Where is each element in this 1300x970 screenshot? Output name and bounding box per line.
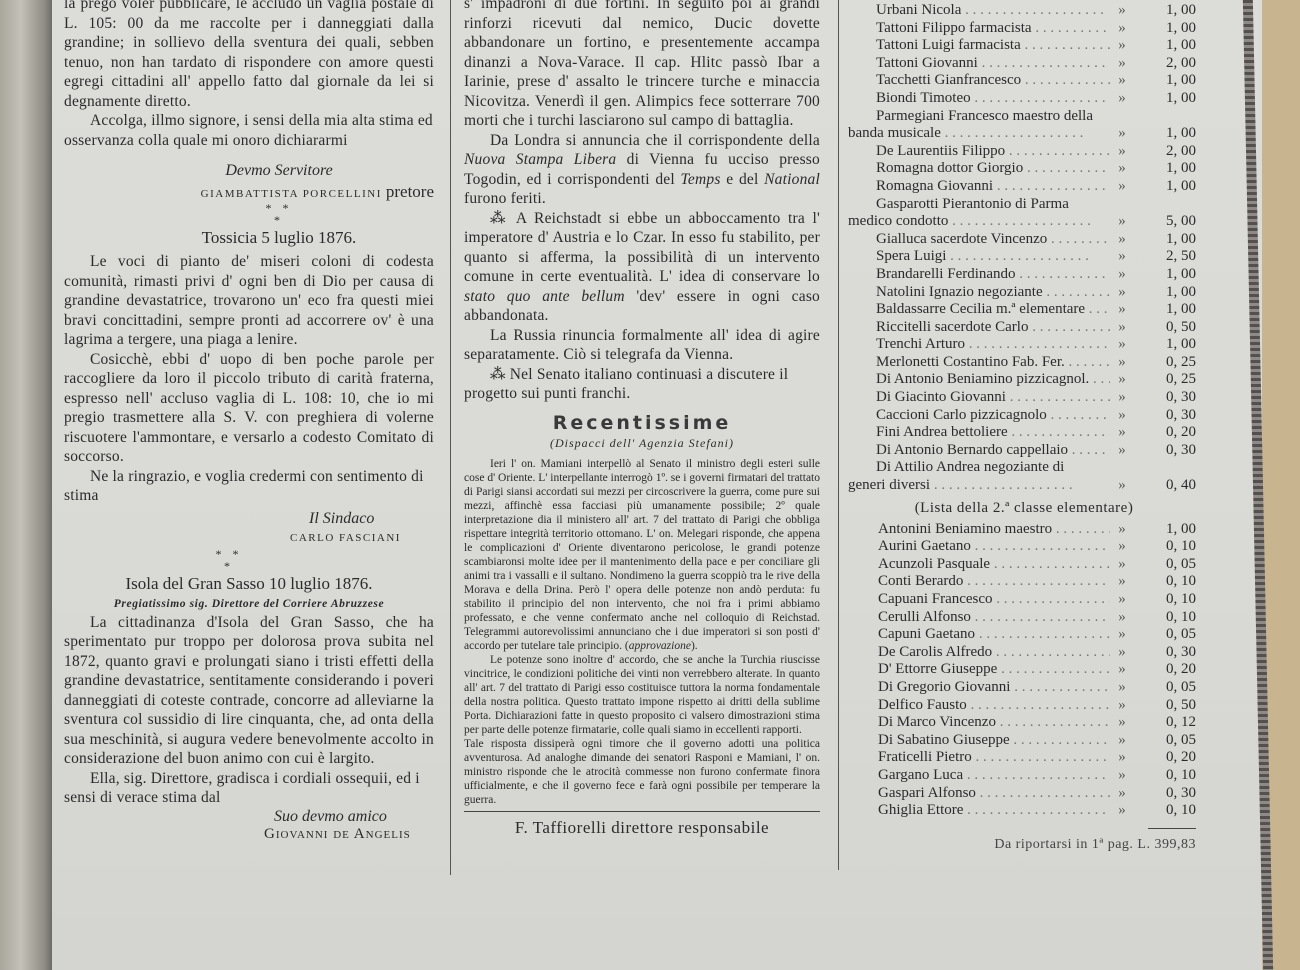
list-item-name: Di Antonio Beniamino pizzicagnol. [848,371,1110,389]
list-item-name: Riccitelli sacerdote Carlo [848,319,1110,337]
list-item-amount: 1, 00 [1134,72,1200,90]
list-item: Di Marco Vincenzo»0, 12 [848,714,1200,732]
subscription-list-2: Antonini Beniamino maestro»1, 00Aurini G… [848,521,1200,820]
list-item: Romagna dottor Giorgio»1, 00 [848,160,1200,178]
list-item-amount: 1, 00 [1134,284,1200,302]
list-item: Urbani Nicola»1, 00 [848,2,1200,20]
list-item-amount: 0, 10 [1134,573,1200,591]
ditto-mark: » [1110,661,1134,679]
ditto-mark: » [1110,125,1134,143]
ditto-mark: » [1110,609,1134,627]
ditto-mark: » [1110,442,1134,460]
list-item-name: Capuani Francesco [848,591,1110,609]
ditto-mark: » [1110,284,1134,302]
list-item-name: Di Marco Vincenzo [848,714,1110,732]
list-item-name: Fraticelli Pietro [848,749,1110,767]
letter3-paragraph-2: Ella, sig. Direttore, gradisca i cordial… [64,769,434,808]
list-item-amount: 0, 10 [1134,802,1200,820]
list-item-amount: 0, 20 [1134,749,1200,767]
list-item-amount: 0, 05 [1134,626,1200,644]
list-item-name: Aurini Gaetano [848,538,1110,556]
list-item-name: Brandarelli Ferdinando [848,266,1110,284]
list-item: Di Sabatino Giuseppe»0, 05 [848,732,1200,750]
list-item: Delfico Fausto»0, 50 [848,697,1200,715]
list-item-amount: 1, 00 [1134,20,1200,38]
list-item-amount: 2, 00 [1134,143,1200,161]
list-item-amount: 0, 30 [1134,644,1200,662]
letter1-signature-role: pretore [386,182,434,201]
ditto-mark: » [1110,2,1134,20]
list-item: Trenchi Arturo»1, 00 [848,336,1200,354]
text-fragment: ). [691,640,698,652]
list-item-name: Romagna Giovanni [848,178,1110,196]
ditto-mark: » [1110,697,1134,715]
list-item-name: Tattoni Giovanni [848,55,1110,73]
list-item-amount: 0, 30 [1134,785,1200,803]
news-paragraph-4: La Russia rinuncia formalmente all' idea… [464,326,820,365]
list-item-name-line1: Gasparotti Pierantonio di Parma [848,196,1200,214]
list-item-amount: 1, 00 [1134,336,1200,354]
list-item-name: Merlonetti Costantino Fab. Fer. [848,354,1110,372]
ditto-mark: » [1110,714,1134,732]
list-item-amount: 0, 25 [1134,354,1200,372]
list-item-amount: 0, 30 [1134,442,1200,460]
list-item: De Carolis Alfredo»0, 30 [848,644,1200,662]
list-item-name: banda musicale [848,125,1110,143]
ditto-mark: » [1110,37,1134,55]
list-item: Di Antonio Bernardo cappellaio»0, 30 [848,442,1200,460]
ditto-mark: » [1110,573,1134,591]
list-item: Baldassarre Cecilia m.ª elementare»1, 00 [848,301,1200,319]
list-item-name: Fini Andrea bettoliere [848,424,1110,442]
list-item-amount: 0, 12 [1134,714,1200,732]
list-item-amount: 5, 00 [1134,213,1200,231]
text-fragment: e del [721,171,765,188]
list-item: Spera Luigi»2, 50 [848,248,1200,266]
ditto-mark: » [1110,20,1134,38]
list-item-name: De Laurentiis Filippo [848,143,1110,161]
list-item-amount: 1, 00 [1134,37,1200,55]
list-item: Tattoni Giovanni»2, 00 [848,55,1200,73]
list-item-partial [848,0,1200,2]
list-item-name: Conti Berardo [848,573,1110,591]
list-item-amount: 1, 00 [1134,90,1200,108]
list-item-amount: 0, 20 [1134,424,1200,442]
list-item-amount: 0, 10 [1134,609,1200,627]
letter1-signature: Giambattista Porcellini pretore [64,182,434,202]
list-item-name: Di Antonio Bernardo cappellaio [848,442,1110,460]
list-item-amount: 0, 40 [1134,477,1200,495]
list-item-amount: 0, 05 [1134,732,1200,750]
letter1-signature-name: Giambattista Porcellini [201,188,382,200]
ditto-mark: » [1110,591,1134,609]
list-item-amount: 0, 10 [1134,767,1200,785]
list-item: Tattoni Luigi farmacista»1, 00 [848,37,1200,55]
ditto-mark: » [1110,538,1134,556]
column-subscription-list: Urbani Nicola»1, 00Tattoni Filippo farma… [848,0,1200,853]
list-item-name: Delfico Fausto [848,697,1110,715]
list-item-name: Antonini Beniamino maestro [848,521,1110,539]
letter2-signature-name: Carlo Fasciani [290,532,434,544]
list-item-amount: 1, 00 [1134,521,1200,539]
dispatch-paragraph-2: Le potenze sono inoltre d' accordo, che … [464,653,820,737]
list-item-name: generi diversi [848,477,1110,495]
list-item-name: Baldassarre Cecilia m.ª elementare [848,301,1110,319]
footer-rule [464,811,820,812]
ditto-mark: » [1110,679,1134,697]
ditto-mark: » [1110,319,1134,337]
newspaper-name-national: National [764,171,820,188]
list-item-name: De Carolis Alfredo [848,644,1110,662]
ditto-mark: » [1110,424,1134,442]
list-item: Antonini Beniamino maestro»1, 00 [848,521,1200,539]
list-item-name: D' Ettorre Giuseppe [848,661,1110,679]
letter1-paragraph-2: Accolga, illmo signore, i sensi della mi… [64,111,434,150]
letter2-paragraph-1: Le voci di pianto de' miseri coloni di c… [64,252,434,350]
ditto-mark: » [1110,231,1134,249]
list-item-name: Di Gregorio Giovanni [848,679,1110,697]
column-rule-2 [838,0,839,870]
list-item: Di Gregorio Giovanni»0, 05 [848,679,1200,697]
ditto-mark: » [1110,354,1134,372]
list-item: Capuni Gaetano»0, 05 [848,626,1200,644]
news-paragraph-5: ⁂ Nel Senato italiano continuasi a discu… [464,365,820,404]
list-item-amount: 0, 25 [1134,371,1200,389]
list-item: Di Antonio Beniamino pizzicagnol.»0, 25 [848,371,1200,389]
asterism-1: * * * [124,202,434,226]
list-item-amount: 0, 05 [1134,679,1200,697]
ditto-mark: » [1110,785,1134,803]
list-item: Ghiglia Ettore»0, 10 [848,802,1200,820]
list-item-name: Di Giacinto Giovanni [848,389,1110,407]
carry-over-total: Da riportarsi in 1ª pag. L. 399,83 [848,837,1200,853]
ditto-mark: » [1110,749,1134,767]
list-item: Caccioni Carlo pizzicagnolo»0, 30 [848,407,1200,425]
column-news: s' impadronì di due fortini. In seguito … [464,0,820,838]
responsible-director: F. Taffiorelli direttore responsabile [464,818,820,838]
letter3-salutation: Pregiatissimo sig. Direttore del Corrier… [64,598,434,610]
letter2-paragraph-3: Ne la ringrazio, e voglia credermi con s… [64,467,434,506]
dispatch-paragraph-1: Ieri l' on. Mamiani interpellò al Senato… [464,457,820,653]
list-item-name: Di Sabatino Giuseppe [848,732,1110,750]
latin-phrase: stato quo ante bellum [464,288,625,305]
list-item-name: Acunzoli Pasquale [848,556,1110,574]
list-item: generi diversi»0, 40 [848,477,1200,495]
list-item-name-line1: Di Attilio Andrea negoziante di [848,459,1200,477]
list-item-name: Tattoni Luigi farmacista [848,37,1110,55]
text-fragment: furono feriti. [464,190,546,207]
list-item: Acunzoli Pasquale»0, 05 [848,556,1200,574]
list-item-amount: 2, 50 [1134,248,1200,266]
asterism-2: * * * [24,548,434,572]
column-rule-1 [450,0,451,875]
list-item: Tattoni Filippo farmacista»1, 00 [848,20,1200,38]
newspaper-name-temps: Temps [681,171,721,188]
ditto-mark: » [1110,626,1134,644]
list-item-name: Romagna dottor Giorgio [848,160,1110,178]
ditto-mark: » [1110,143,1134,161]
ditto-mark: » [1110,90,1134,108]
letter3-signature-name: Giovanni de Angelis [264,826,434,843]
list-item: Tacchetti Gianfrancesco»1, 00 [848,72,1200,90]
ditto-mark: » [1110,477,1134,495]
dispatch-paragraph-3: Tale risposta dissiperà ogni timore che … [464,737,820,807]
list-item-amount: 1, 00 [1134,231,1200,249]
text-fragment: ⁂ A Reichstadt si ebbe un abboccamento t… [464,210,820,286]
ditto-mark: » [1110,248,1134,266]
list-item: Merlonetti Costantino Fab. Fer.»0, 25 [848,354,1200,372]
ditto-mark: » [1110,72,1134,90]
list-item-amount: 1, 00 [1134,178,1200,196]
newspaper-name-nuova-stampa-libera: Nuova Stampa Libera [464,151,616,168]
list-item-name: Gialluca sacerdote Vincenzo [848,231,1110,249]
column-letters: la prego voler pubblicare, le accludo un… [64,0,434,843]
text-fragment: Ieri l' on. Mamiani interpellò al Senato… [464,458,820,652]
ditto-mark: » [1110,802,1134,820]
letter2-paragraph-2: Cosicchè, ebbi d' uopo di ben poche paro… [64,350,434,467]
list-item-amount: 0, 05 [1134,556,1200,574]
list-item: Conti Berardo»0, 10 [848,573,1200,591]
list-item: Cerulli Alfonso»0, 10 [848,609,1200,627]
letter3-signature-title: Suo devmo amico [274,808,434,826]
applause-note: approvazione [629,640,691,652]
letter2-signature-title: Il Sindaco [309,510,434,528]
list-item: Fini Andrea bettoliere»0, 20 [848,424,1200,442]
list-item-name: Biondi Timoteo [848,90,1110,108]
news-paragraph-3: ⁂ A Reichstadt si ebbe un abboccamento t… [464,209,820,326]
list-item: D' Ettorre Giuseppe»0, 20 [848,661,1200,679]
list-item-name: Natolini Ignazio negoziante [848,284,1110,302]
list-item-name [848,0,1200,2]
list-item-name-line1: Parmegiani Francesco maestro della [848,108,1200,126]
subscription-list-1: Urbani Nicola»1, 00Tattoni Filippo farma… [848,2,1200,495]
text-fragment: Da Londra si annuncia che il corrisponde… [490,132,820,149]
list-item-amount: 1, 00 [1134,266,1200,284]
list-item-name: medico condotto [848,213,1110,231]
list-item: medico condotto»5, 00 [848,213,1200,231]
list-item: Brandarelli Ferdinando»1, 00 [848,266,1200,284]
list-item-name: Tacchetti Gianfrancesco [848,72,1110,90]
list-item-amount: 0, 10 [1134,538,1200,556]
list-item-amount: 2, 00 [1134,55,1200,73]
news-paragraph-1: s' impadronì di due fortini. In seguito … [464,0,820,131]
list-item-amount: 1, 00 [1134,160,1200,178]
list-item-name: Urbani Nicola [848,2,1110,20]
list-item: Gargano Luca»0, 10 [848,767,1200,785]
list-item: Capuani Francesco»0, 10 [848,591,1200,609]
list-item-amount: 0, 50 [1134,697,1200,715]
ditto-mark: » [1110,767,1134,785]
ditto-mark: » [1110,55,1134,73]
list-item: Riccitelli sacerdote Carlo»0, 50 [848,319,1200,337]
list-item: Fraticelli Pietro»0, 20 [848,749,1200,767]
ditto-mark: » [1110,266,1134,284]
list-item-name: Caccioni Carlo pizzicagnolo [848,407,1110,425]
section-subheading: (Dispacci dell' Agenzia Stefani) [464,436,820,451]
ditto-mark: » [1110,644,1134,662]
list-item: Gaspari Alfonso»0, 30 [848,785,1200,803]
news-paragraph-2: Da Londra si annuncia che il corrisponde… [464,131,820,209]
list-item-amount: 0, 30 [1134,407,1200,425]
letter1-paragraph-1: la prego voler pubblicare, le accludo un… [64,0,434,111]
list-item-name: Cerulli Alfonso [848,609,1110,627]
list-item: Natolini Ignazio negoziante»1, 00 [848,284,1200,302]
list2-caption: (Lista della 2.ª classe elementare) [848,500,1200,517]
ditto-mark: » [1110,521,1134,539]
ditto-mark: » [1110,336,1134,354]
ditto-mark: » [1110,213,1134,231]
ditto-mark: » [1110,389,1134,407]
list-item: banda musicale»1, 00 [848,125,1200,143]
book-binding-edge [0,0,52,970]
ditto-mark: » [1110,407,1134,425]
list-item: Aurini Gaetano»0, 10 [848,538,1200,556]
letter3-paragraph-1: La cittadinanza d'Isola del Gran Sasso, … [64,613,434,769]
ditto-mark: » [1110,178,1134,196]
ditto-mark: » [1110,556,1134,574]
list-item-name: Gargano Luca [848,767,1110,785]
dateline-tossicia: Tossicia 5 luglio 1876. [124,228,434,248]
list-item: Biondi Timoteo»1, 00 [848,90,1200,108]
list-item-amount: 0, 10 [1134,591,1200,609]
list-item-amount: 1, 00 [1134,125,1200,143]
list-item-name: Tattoni Filippo farmacista [848,20,1110,38]
list-item-amount: 1, 00 [1134,301,1200,319]
list-item-amount: 0, 30 [1134,389,1200,407]
list-item-name: Capuni Gaetano [848,626,1110,644]
list-item-amount: 0, 20 [1134,661,1200,679]
list-item-name: Spera Luigi [848,248,1110,266]
section-heading-recentissime: Recentissime [464,412,820,434]
ditto-mark: » [1110,732,1134,750]
ditto-mark: » [1110,371,1134,389]
dateline-isola: Isola del Gran Sasso 10 luglio 1876. [64,574,434,594]
ditto-mark: » [1110,160,1134,178]
list-item: Di Giacinto Giovanni»0, 30 [848,389,1200,407]
list-item-name: Trenchi Arturo [848,336,1110,354]
list-item: Gialluca sacerdote Vincenzo»1, 00 [848,231,1200,249]
list-item-name: Gaspari Alfonso [848,785,1110,803]
list-item: Romagna Giovanni»1, 00 [848,178,1200,196]
list-item-amount: 1, 00 [1134,2,1200,20]
list-item-amount: 0, 50 [1134,319,1200,337]
letter1-signature-title: Devmo Servitore [124,162,434,180]
list-item-name: Ghiglia Ettore [848,802,1110,820]
list-item: De Laurentiis Filippo»2, 00 [848,143,1200,161]
total-rule [1148,828,1196,829]
ditto-mark: » [1110,301,1134,319]
